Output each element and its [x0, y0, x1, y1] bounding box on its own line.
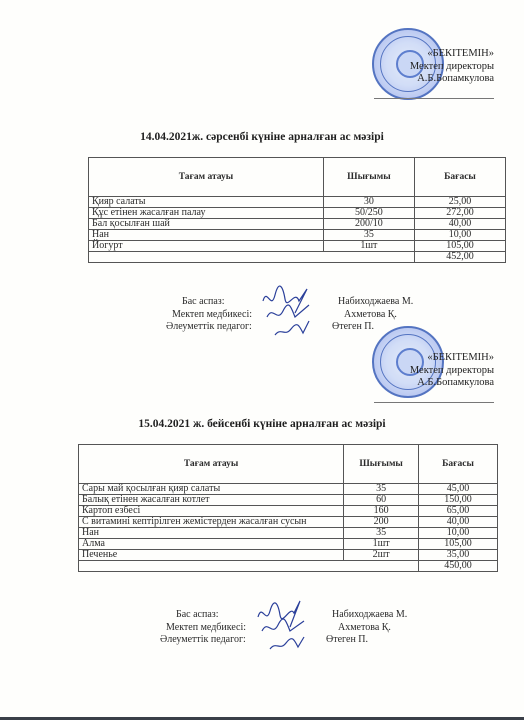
signature-name: Набиходжаева М. [332, 609, 407, 622]
table-row: Йогурт1шт105,00 [89, 241, 506, 252]
price-cell: 40,00 [414, 219, 505, 230]
signature-name: Набиходжаева М. [338, 296, 413, 309]
signature-scribbles-icon [255, 283, 325, 343]
dish-name-cell: С витамині кептірілген жемістерден жасал… [79, 517, 344, 528]
document-page: «БЕКІТЕМІН» Мектеп директоры А.Б.Бопамку… [0, 0, 524, 720]
price-cell: 45,00 [419, 484, 498, 495]
price-cell: 150,00 [419, 495, 498, 506]
signature-role: Әлеуметтік педагог: [160, 634, 246, 647]
approval-position: Мектеп директоры [354, 61, 494, 74]
dish-name-cell: Алма [79, 539, 344, 550]
table-row: Нан3510,00 [89, 230, 506, 241]
yield-cell: 35 [323, 230, 414, 241]
yield-cell: 60 [344, 495, 419, 506]
dish-name-cell: Нан [89, 230, 324, 241]
total-spacer [79, 561, 419, 572]
table-row: С витамині кептірілген жемістерден жасал… [79, 517, 498, 528]
dish-name-cell: Печенье [79, 550, 344, 561]
menu-table: Тағам атауы Шығымы Бағасы Сары май қосыл… [78, 444, 498, 572]
total-spacer [89, 252, 415, 263]
signature-name: Ахметова Қ. [344, 309, 397, 322]
dish-name-cell: Нан [79, 528, 344, 539]
approval-name: А.Б.Бопамкулова [354, 377, 494, 390]
header-yield: Шығымы [323, 158, 414, 197]
dish-name-cell: Құс етінен жасалған палау [89, 208, 324, 219]
table-row: Сары май қосылған қияр салаты3545,00 [79, 484, 498, 495]
price-cell: 105,00 [414, 241, 505, 252]
price-cell: 25,00 [414, 197, 505, 208]
approval-block: «БЕКІТЕМІН» Мектеп директоры А.Б.Бопамку… [354, 48, 494, 86]
total-price: 450,00 [419, 561, 498, 572]
yield-cell: 35 [344, 484, 419, 495]
signature-role: Әлеуметтік педагог: [166, 321, 252, 334]
total-price: 452,00 [414, 252, 505, 263]
dish-name-cell: Сары май қосылған қияр салаты [79, 484, 344, 495]
header-price: Бағасы [414, 158, 505, 197]
yield-cell: 2шт [344, 550, 419, 561]
table-row: Печенье2шт35,00 [79, 550, 498, 561]
signature-role: Бас аспаз: [176, 609, 219, 622]
yield-cell: 200 [344, 517, 419, 528]
yield-cell: 160 [344, 506, 419, 517]
dish-name-cell: Йогурт [89, 241, 324, 252]
header-dish-name: Тағам атауы [89, 158, 324, 197]
approval-block: «БЕКІТЕМІН» Мектеп директоры А.Б.Бопамку… [354, 352, 494, 390]
approval-label: «БЕКІТЕМІН» [354, 48, 494, 61]
table-row: Алма1шт105,00 [79, 539, 498, 550]
dish-name-cell: Балық етінен жасалған котлет [79, 495, 344, 506]
signature-name: Ахметова Қ. [338, 622, 391, 635]
signature-role: Мектеп медбикесі: [172, 309, 252, 322]
total-row: 450,00 [79, 561, 498, 572]
dish-name-cell: Бал қосылған шай [89, 219, 324, 230]
signature-name: Өтеген П. [332, 321, 374, 334]
dish-name-cell: Картоп езбесі [79, 506, 344, 517]
table-row: Қияр салаты3025,00 [89, 197, 506, 208]
signature-role: Мектеп медбикесі: [166, 622, 246, 635]
header-dish-name: Тағам атауы [79, 445, 344, 484]
yield-cell: 200/10 [323, 219, 414, 230]
price-cell: 35,00 [419, 550, 498, 561]
signature-role: Бас аспаз: [182, 296, 225, 309]
header-yield: Шығымы [344, 445, 419, 484]
approval-label: «БЕКІТЕМІН» [354, 352, 494, 365]
approval-underline [374, 98, 494, 99]
table-row: Картоп езбесі16065,00 [79, 506, 498, 517]
price-cell: 10,00 [414, 230, 505, 241]
price-cell: 272,00 [414, 208, 505, 219]
yield-cell: 35 [344, 528, 419, 539]
header-price: Бағасы [419, 445, 498, 484]
table-row: Нан3510,00 [79, 528, 498, 539]
price-cell: 105,00 [419, 539, 498, 550]
yield-cell: 50/250 [323, 208, 414, 219]
table-row: Құс етінен жасалған палау50/250272,00 [89, 208, 506, 219]
menu-title: 14.04.2021ж. сәрсенбі күніне арналған ас… [0, 131, 524, 143]
table-row: Балық етінен жасалған котлет60150,00 [79, 495, 498, 506]
yield-cell: 30 [323, 197, 414, 208]
menu-title: 15.04.2021 ж. бейсенбі күніне арналған а… [0, 418, 524, 430]
dish-name-cell: Қияр салаты [89, 197, 324, 208]
price-cell: 10,00 [419, 528, 498, 539]
menu-table: Тағам атауы Шығымы Бағасы Қияр салаты302… [88, 157, 506, 263]
yield-cell: 1шт [344, 539, 419, 550]
total-row: 452,00 [89, 252, 506, 263]
approval-underline [374, 402, 494, 403]
approval-position: Мектеп директоры [354, 365, 494, 378]
signature-scribbles-icon [250, 597, 320, 657]
price-cell: 65,00 [419, 506, 498, 517]
signature-name: Өтеген П. [326, 634, 368, 647]
approval-name: А.Б.Бопамкулова [354, 73, 494, 86]
yield-cell: 1шт [323, 241, 414, 252]
price-cell: 40,00 [419, 517, 498, 528]
table-row: Бал қосылған шай200/1040,00 [89, 219, 506, 230]
